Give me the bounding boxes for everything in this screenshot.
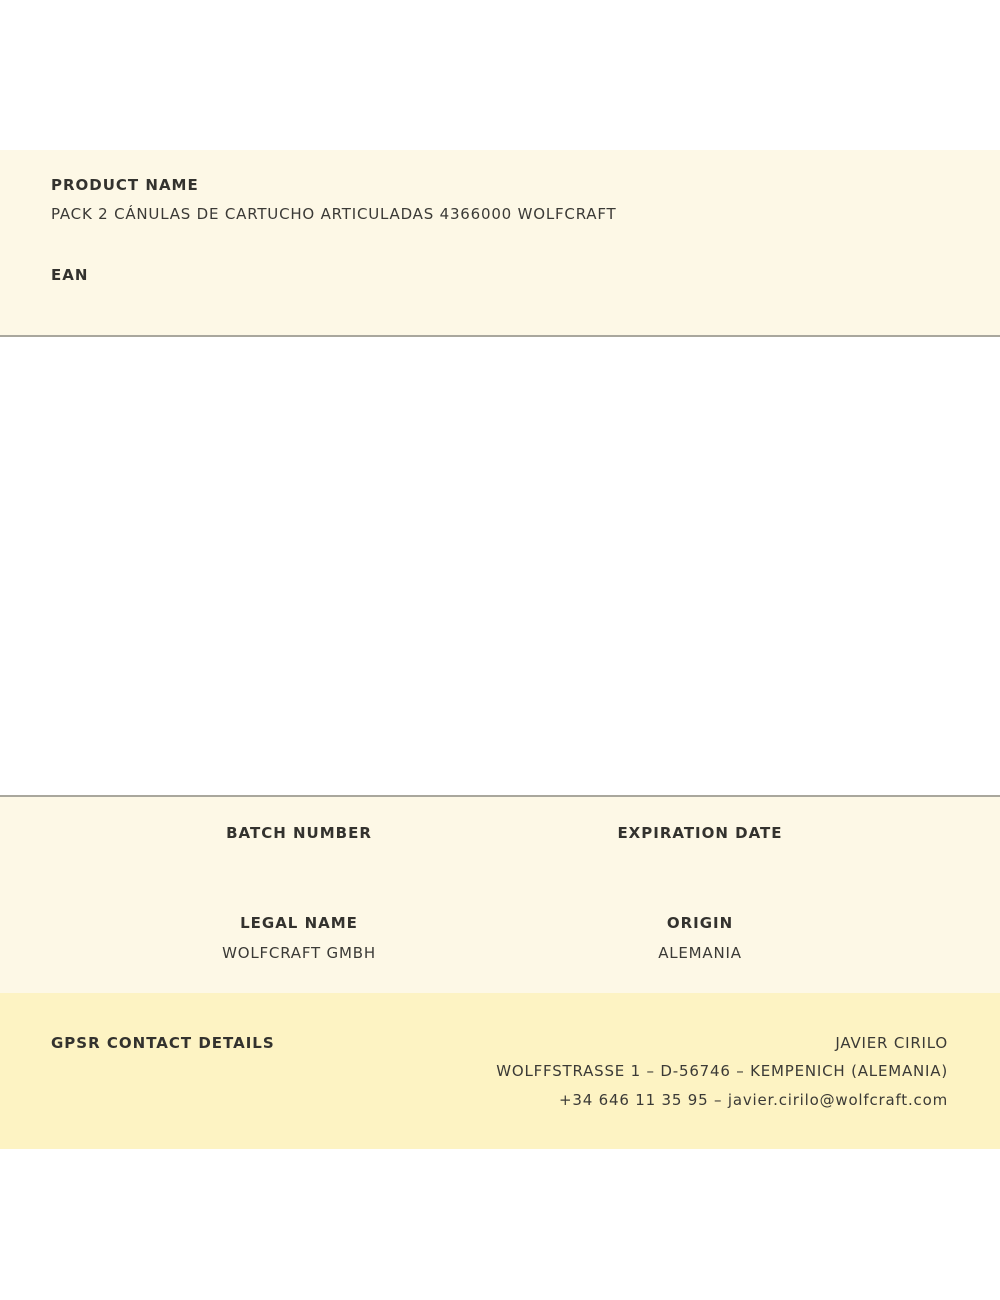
origin-value: ALEMANIA [500,944,900,962]
legal-name-label: LEGAL NAME [99,914,499,932]
ean-label: EAN [51,266,88,284]
contact-lines: JAVIER CIRILO WOLFFSTRASSE 1 – D-56746 –… [496,1029,948,1115]
contact-name: JAVIER CIRILO [496,1029,948,1057]
gpsr-contact-label: GPSR CONTACT DETAILS [51,1034,275,1052]
batch-number-label: BATCH NUMBER [99,824,499,842]
origin-label: ORIGIN [500,914,900,932]
expiration-date-label: EXPIRATION DATE [500,824,900,842]
legal-name-value: WOLFCRAFT GMBH [99,944,499,962]
contact-address: WOLFFSTRASSE 1 – D-56746 – KEMPENICH (AL… [496,1057,948,1085]
product-name-value: PACK 2 CÁNULAS DE CARTUCHO ARTICULADAS 4… [51,205,617,223]
product-name-label: PRODUCT NAME [51,176,199,194]
contact-phone-email[interactable]: +34 646 11 35 95 – javier.cirilo@wolfcra… [496,1085,948,1115]
